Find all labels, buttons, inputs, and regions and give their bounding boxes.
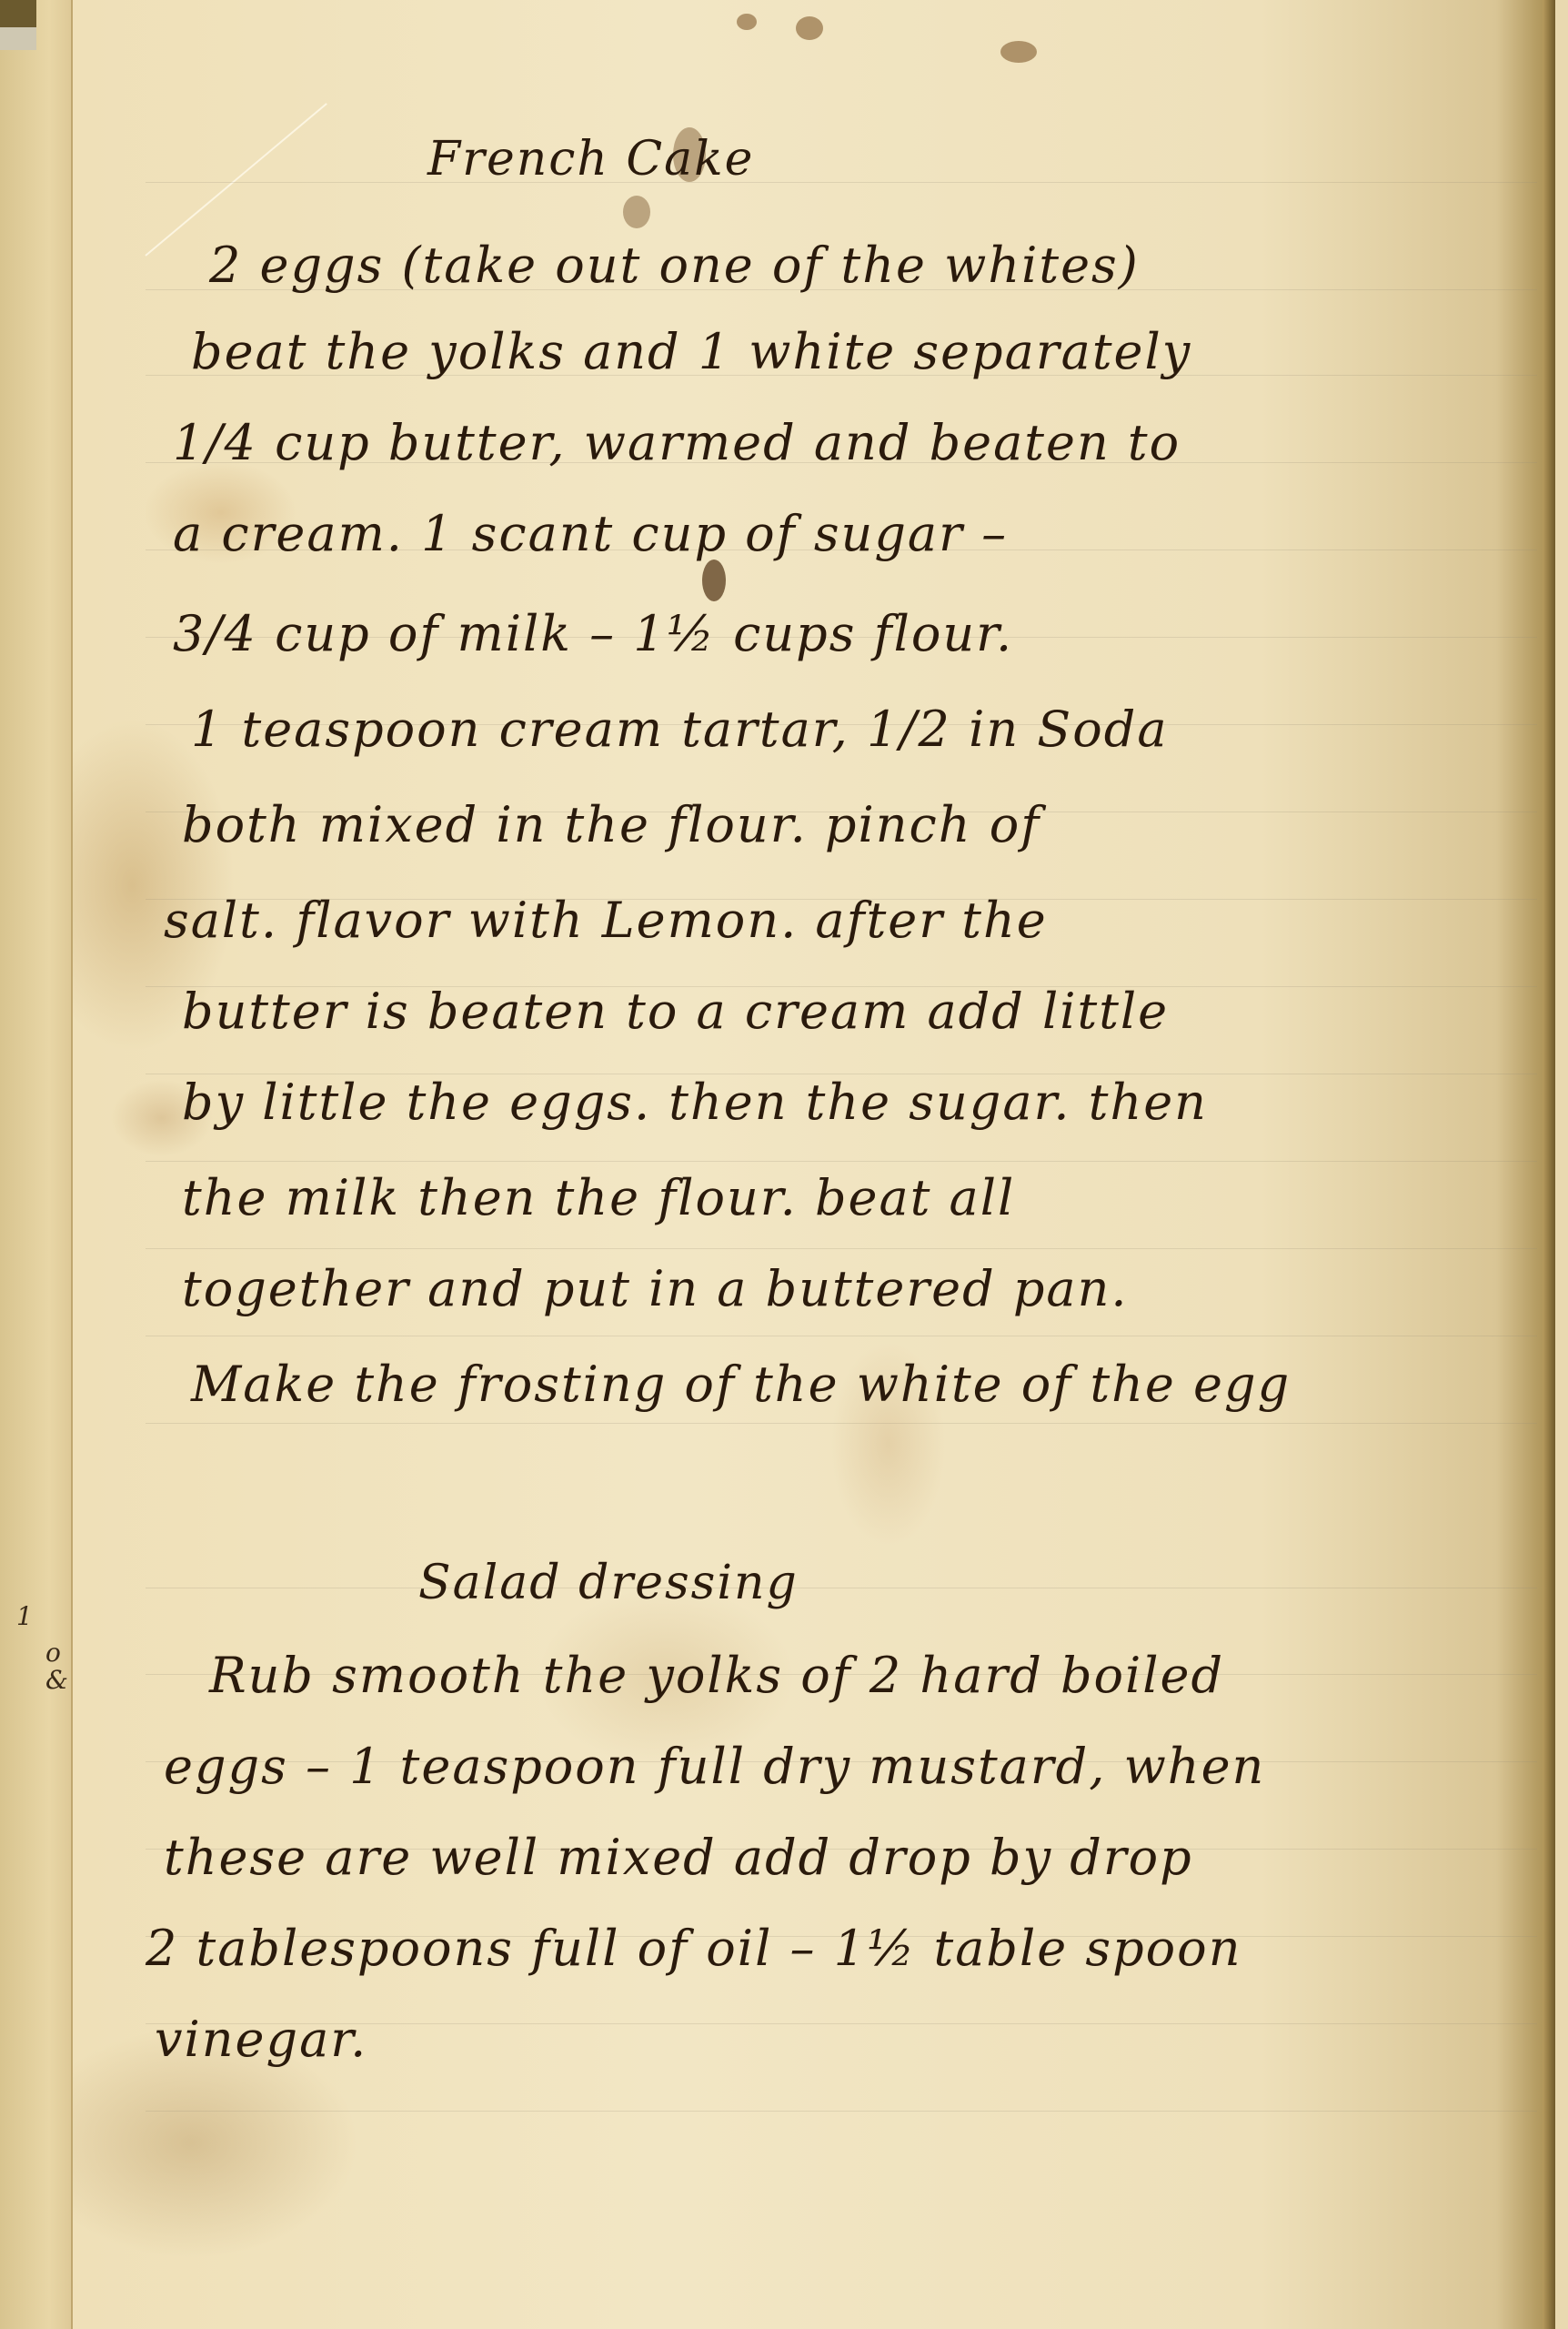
ruled-line xyxy=(146,1248,1537,1249)
recipe-line: vinegar. xyxy=(155,2011,367,2068)
ruled-line xyxy=(146,1161,1537,1162)
recipe-line: these are well mixed add drop by drop xyxy=(164,1829,1193,1886)
paper-crease xyxy=(145,103,327,257)
ruled-line xyxy=(146,1423,1537,1424)
recipe-line: 1/4 cup butter, warmed and beaten to xyxy=(173,414,1181,471)
recipe-line: butter is beaten to a cream add little xyxy=(182,983,1169,1040)
recipe-line: 1 teaspoon cream tartar, 1/2 in Soda xyxy=(191,701,1169,758)
ruled-line xyxy=(146,182,1537,183)
ruled-line xyxy=(146,1336,1537,1336)
recipe-line: both mixed in the flour. pinch of xyxy=(182,796,1040,853)
recipe-title: French Cake xyxy=(427,132,754,187)
recipe-line: eggs – 1 teaspoon full dry mustard, when xyxy=(164,1738,1265,1795)
recipe-line: a cream. 1 scant cup of sugar – xyxy=(173,505,1008,562)
book-cover-corner xyxy=(0,0,36,27)
recipe-line: 3/4 cup of milk – 1½ cups flour. xyxy=(173,605,1013,662)
recipe-line: 2 eggs (take out one of the whites) xyxy=(209,237,1140,294)
recipe-title: Salad dressing xyxy=(418,1556,799,1610)
ink-stain xyxy=(796,16,823,40)
recipe-line: salt. flavor with Lemon. after the xyxy=(164,892,1048,949)
ink-stain xyxy=(1000,41,1037,63)
underlying-page-band xyxy=(0,27,36,50)
ink-stain xyxy=(737,14,757,30)
manuscript-page: French Cake 2 eggs (take out one of the … xyxy=(71,0,1555,2329)
ink-stain xyxy=(702,560,726,601)
recipe-line: by little the eggs. then the sugar. then xyxy=(182,1074,1208,1131)
margin-mark: o xyxy=(45,1638,61,1668)
recipe-line: 2 tablespoons full of oil – 1½ table spo… xyxy=(146,1920,1241,1977)
recipe-line: together and put in a buttered pan. xyxy=(182,1260,1129,1317)
ink-stain xyxy=(623,196,650,228)
recipe-line: the milk then the flour. beat all xyxy=(182,1169,1015,1226)
recipe-line: Rub smooth the yolks of 2 hard boiled xyxy=(209,1647,1224,1704)
recipe-line: beat the yolks and 1 white separately xyxy=(191,323,1191,380)
underlying-page-edge xyxy=(0,0,82,2329)
book-spine-edge xyxy=(1543,0,1555,2329)
margin-mark: & xyxy=(45,1665,68,1695)
recipe-line: Make the frosting of the white of the eg… xyxy=(191,1356,1291,1413)
margin-mark: 1 xyxy=(16,1601,33,1631)
ruled-line xyxy=(146,1588,1537,1588)
ruled-line xyxy=(146,2111,1537,2112)
